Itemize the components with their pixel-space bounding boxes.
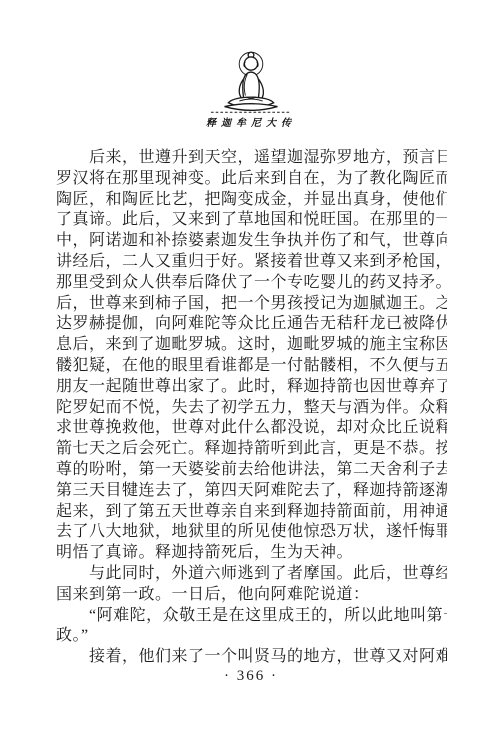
series-title: 释迦牟尼大传 xyxy=(0,114,502,129)
text-line: 了真谛。此后，又来到了草地国和悦旺国。在那里的一座湖 xyxy=(56,210,447,231)
body-text: 后来，世遵升到天空，遥望迦湿弥罗地方，预言日中阿 罗汉将在那里现神变。此后来到自… xyxy=(56,148,447,668)
text-line: 尊的吩咐，第一天婆娑前去给他讲法，第二天舍利子去了， xyxy=(56,460,447,481)
book-page: 释迦牟尼大传 后来，世遵升到天空，遥望迦湿弥罗地方，预言日中阿 罗汉将在那里现神… xyxy=(0,0,502,747)
text-line: 明悟了真谛。释迦持箭死后，生为天神。 xyxy=(56,543,447,564)
buddha-illustration xyxy=(0,48,502,121)
text-line: 髅犯疑，在他的眼里看谁都是一付骷髅相，不久便与五十个 xyxy=(56,356,447,377)
text-line: 第三天目犍连去了，第四天阿难陀去了，释迦持箭逐渐害怕 xyxy=(56,481,447,502)
text-line: 那里受到众人供奉后降伏了一个专吃婴儿的药叉持矛。此 xyxy=(56,273,447,294)
text-line: 政。” xyxy=(56,626,447,647)
text-line: 国来到第一政。一日后，他向阿难陀说道： xyxy=(56,585,447,606)
text-line: 后，世尊来到柿子国，把一个男孩授记为迦腻迦王。之后抵 xyxy=(56,294,447,315)
text-line: 讲经后，二人又重归于好。紧接着世尊又来到矛枪国，并在 xyxy=(56,252,447,273)
text-line: 陶匠，和陶匠比艺，把陶变成金，并显出真身，使他们明悟 xyxy=(56,190,447,211)
text-line: 与此同时，外道六师逃到了者摩国。此后，世尊经勇士 xyxy=(56,564,447,585)
text-line: 起来，到了第五天世尊亲自来到释迦持箭面前，用神通带他 xyxy=(56,502,447,523)
text-line: 求世尊挽救他，世尊对此什么都没说，却对众比丘说释迦持 xyxy=(56,418,447,439)
text-line: 陀罗妃而不悦，失去了初学五力，整天与酒为伴。众释迦请 xyxy=(56,398,447,419)
text-line: 后来，世遵升到天空，遥望迦湿弥罗地方，预言日中阿 xyxy=(56,148,447,169)
text-line: 接着，他们来了一个叫贤马的地方，世尊又对阿难陀说 xyxy=(56,647,447,668)
text-line: 息后，来到了迦毗罗城。这时，迦毗罗城的施主宝称因对骷 xyxy=(56,335,447,356)
text-line: 朋友一起随世尊出家了。此时，释迦持箭也因世尊弃了耶输 xyxy=(56,377,447,398)
text-line: 达罗赫提伽，向阿难陀等众比丘通告无秸秆龙已被降伏的消 xyxy=(56,314,447,335)
text-line: 去了八大地狱，地狱里的所见使他惊恐万状，遂忏悔罪过， xyxy=(56,522,447,543)
page-number: · 366 · xyxy=(0,668,502,685)
text-line: 中，阿诺迦和补捺婆素迦发生争执并伤了和气，世尊向他们 xyxy=(56,231,447,252)
text-line: 箭七天之后会死亡。释迦持箭听到此言，更是不恭。按照世 xyxy=(56,439,447,460)
text-line: “阿难陀，众敬王是在这里成王的，所以此地叫第一 xyxy=(56,606,447,627)
text-line: 罗汉将在那里现神变。此后来到自在，为了教化陶匠而化身 xyxy=(56,169,447,190)
